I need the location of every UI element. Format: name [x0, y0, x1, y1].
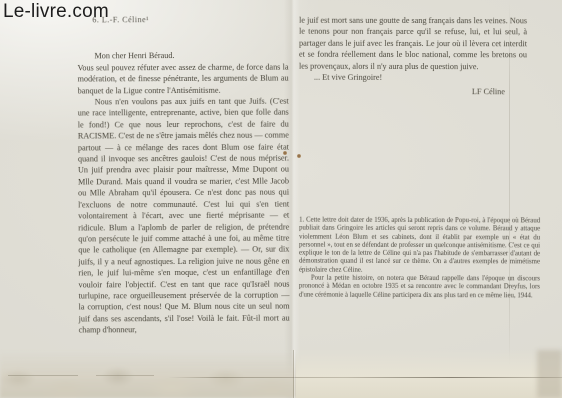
letter-closing: ... Et vive Gringoire! — [299, 72, 527, 84]
right-edge-shadow-band — [537, 350, 562, 398]
right-page: le juif est mort sans une goutte de sang… — [299, 15, 527, 98]
footnote-paragraph: Pour la petite histoire, on notera que B… — [299, 275, 540, 301]
bottom-fold-crease — [293, 350, 294, 398]
letter-heading: 6. L.-F. Céline¹ — [92, 14, 288, 26]
footnote-block: 1. Cette lettre doit dater de 1936, aprè… — [299, 217, 540, 301]
bottom-right-paper-edge — [296, 349, 562, 398]
letter-signature: LF Céline — [299, 86, 527, 98]
foxing-spot — [297, 154, 301, 158]
page-bottom-edge-line — [168, 377, 562, 378]
letter-salutation: Mon cher Henri Béraud. — [77, 50, 288, 62]
letter-paragraph: Vous seul pouvez réfuter avec assez de c… — [78, 61, 289, 96]
page-bottom-edge-dash — [8, 375, 78, 376]
footnote-paragraph: 1. Cette lettre doit dater de 1936, aprè… — [299, 217, 540, 276]
letter-paragraph: Nous n'en voulons pas aux juifs en tant … — [78, 96, 290, 336]
left-page: 6. L.-F. Céline¹ Mon cher Henri Béraud. … — [77, 14, 289, 336]
letter-paragraph-continuation: le juif est mort sans une goutte de sang… — [299, 15, 527, 73]
scanned-letter-photo: Le-livre.com 6. L.-F. Céline¹ Mon cher H… — [0, 0, 562, 398]
page-bottom-edge-dash — [96, 375, 154, 376]
